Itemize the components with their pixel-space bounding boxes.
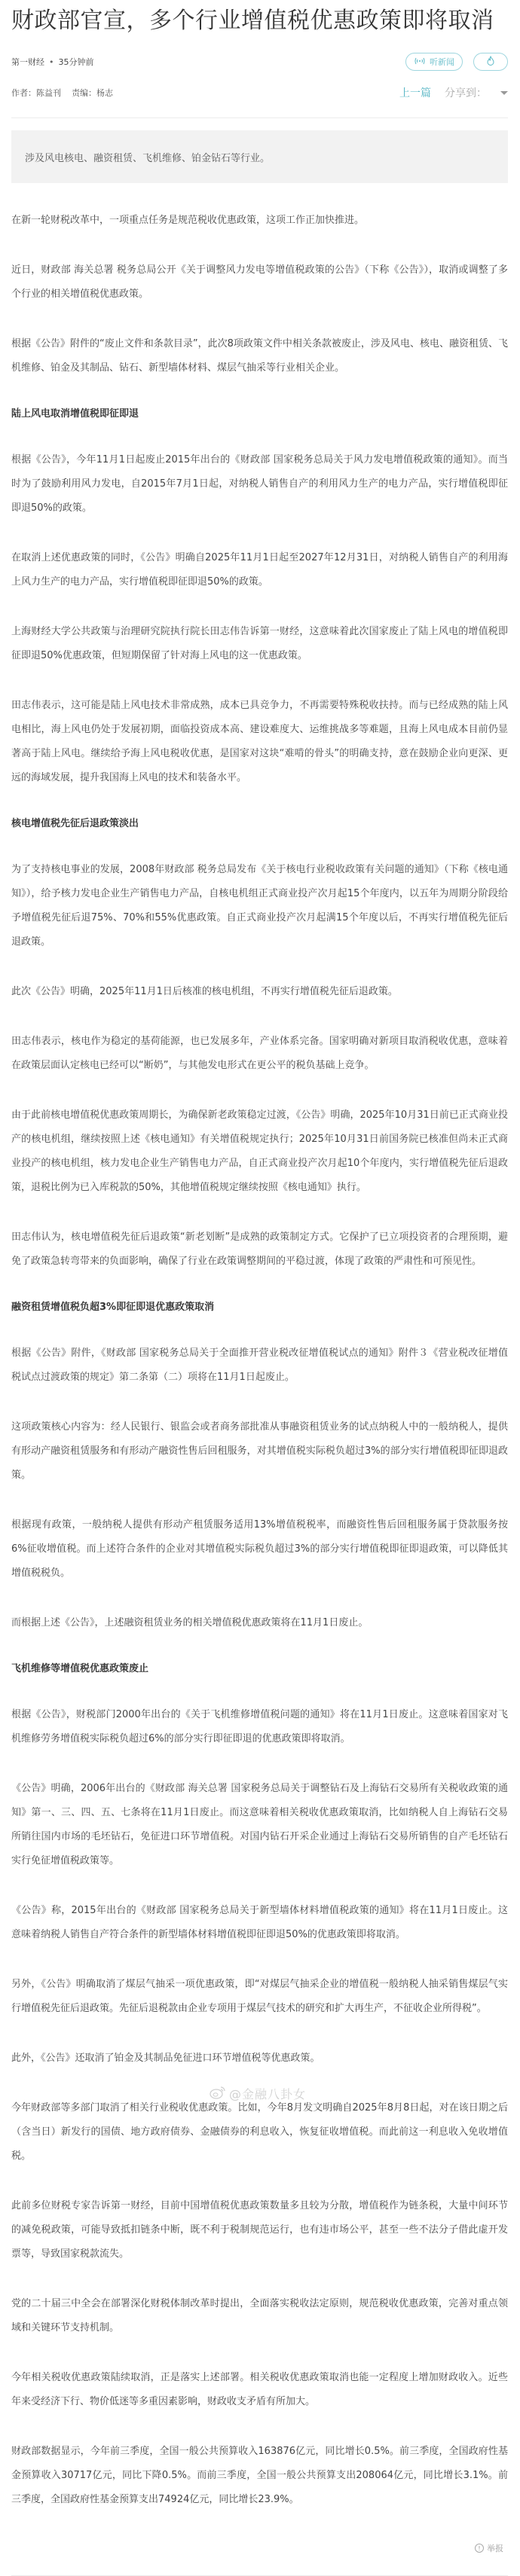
paragraph: 根据《公告》，今年11月1日起废止2015年出台的《财政部 国家税务总局关于风力…: [11, 448, 508, 520]
report-button[interactable]: ! 举报: [11, 2542, 508, 2554]
paragraph: 今年财政部等多部门取消了相关行业税收优惠政策。比如，今年8月发文明确自2025年…: [11, 2096, 508, 2169]
article-body: 在新一轮财税改革中，一项重点任务是规范税收优惠政策，这项工作正加快推进。 近日，…: [11, 209, 508, 2512]
paragraph: 在新一轮财税改革中，一项重点任务是规范税收优惠政策，这项工作正加快推进。: [11, 209, 508, 233]
weibo-watermark: @金融八卦女: [210, 2085, 306, 2102]
paragraph: 根据《公告》附件的“废止文件和条款目录”，此次8项政策文件中相关条款被废止，涉及…: [11, 332, 508, 380]
paragraph: 这项政策核心内容为：经人民银行、银监会或者商务部批准从事融资租赁业务的试点纳税人…: [11, 1415, 508, 1488]
paragraph: 田志伟表示，这可能是陆上风电技术非常成熟，成本已具竞争力，不再需要特殊税收扶持。…: [11, 694, 508, 790]
paragraph: 财政部数据显示，今年前三季度，全国一般公共预算收入163876亿元，同比增长0.…: [11, 2440, 508, 2512]
paragraph: 此前多位财税专家告诉第一财经，目前中国增值税优惠政策数量多且较为分散，增值税作为…: [11, 2194, 508, 2266]
previous-article-link[interactable]: 上一篇: [399, 85, 431, 100]
publish-time: 35分钟前: [59, 56, 94, 68]
source-info: 第一财经 • 35分钟前: [11, 56, 94, 68]
report-label: 举报: [487, 2542, 503, 2554]
info-icon: !: [475, 2544, 484, 2553]
paragraph: 《公告》明确，2006年出台的《财政部 海关总署 国家税务总局关于调整钻石及上海…: [11, 1777, 508, 1873]
share-label: 分享到：: [445, 85, 487, 100]
paragraph: 此次《公告》明确，2025年11月1日后核准的核电机组，不再实行增值税先征后退政…: [11, 980, 508, 1004]
article-page: 财政部官宣，多个行业增值税优惠政策即将取消 第一财经 • 35分钟前 听新闻: [0, 6, 520, 2576]
section-heading: 核电增值税先征后退政策淡出: [11, 816, 508, 832]
audio-wave-icon: [414, 57, 426, 67]
paragraph: 根据《公告》，财税部门2000年出台的《关于飞机维修增值税问题的通知》将在11月…: [11, 1703, 508, 1751]
author-row: 作者：陈益刊 责编：杨志 上一篇 分享到：: [11, 84, 508, 101]
summary-text: 涉及风电核电、融资租赁、飞机维修、铂金钻石等行业。: [25, 150, 270, 164]
listen-news-label: 听新闻: [430, 56, 454, 68]
share-dropdown[interactable]: 分享到：: [445, 85, 508, 100]
listen-news-button[interactable]: 听新闻: [405, 53, 463, 71]
article-summary: 涉及风电核电、融资租赁、飞机维修、铂金钻石等行业。: [11, 130, 508, 183]
editor: 责编：杨志: [72, 87, 113, 99]
hot-button[interactable]: [473, 53, 508, 71]
paragraph: 而根据上述《公告》，上述融资租赁业务的相关增值税优惠政策将在11月1日废止。: [11, 1611, 508, 1635]
section-heading: 飞机维修等增值税优惠政策废止: [11, 1661, 508, 1677]
weibo-icon: [210, 2086, 226, 2102]
source-name[interactable]: 第一财经: [11, 56, 44, 68]
paragraph: 此外，《公告》还取消了铂金及其制品免征进口环节增值税等优惠政策。: [11, 2046, 508, 2071]
paragraph: 由于此前核电增值税优惠政策周期长，为确保新老政策稳定过渡，《公告》明确，2025…: [11, 1103, 508, 1200]
paragraph: 在取消上述优惠政策的同时，《公告》明确自2025年11月1日起至2027年12月…: [11, 546, 508, 594]
byline: 作者：陈益刊 责编：杨志: [11, 87, 113, 99]
paragraph: 上海财经大学公共政策与治理研究院执行院长田志伟告诉第一财经，这意味着此次国家废止…: [11, 620, 508, 668]
paragraph: 党的二十届三中全会在部署深化财税体制改革时提出，全面落实税收法定原则，规范税收优…: [11, 2292, 508, 2340]
paragraph: 《公告》称，2015年出台的《财政部 国家税务总局关于新型墙体材料增值税政策的通…: [11, 1899, 508, 1947]
paragraph: 今年相关税收优惠政策陆续取消，正是落实上述部署。相关税收优惠政策取消也能一定程度…: [11, 2366, 508, 2414]
chevron-down-icon: [500, 91, 508, 95]
header-divider: [11, 118, 508, 118]
meta-actions: 听新闻: [405, 53, 508, 71]
article-title: 财政部官宣，多个行业增值税优惠政策即将取消: [11, 6, 508, 36]
paragraph: 田志伟表示，核电作为稳定的基荷能源，也已发展多年，产业体系完备。国家明确对新项目…: [11, 1030, 508, 1078]
separator-dot: •: [49, 57, 54, 67]
flame-icon: [487, 56, 494, 68]
section-heading: 融资租赁增值税负超3%即征即退优惠政策取消: [11, 1299, 508, 1316]
section-heading: 陆上风电取消增值税即征即退: [11, 406, 508, 423]
meta-row: 第一财经 • 35分钟前 听新闻: [11, 51, 508, 72]
paragraph: 为了支持核电事业的发展，2008年财政部 税务总局发布《关于核电行业税收政策有关…: [11, 858, 508, 954]
paragraph: 田志伟认为，核电增值税先征后退政策“新老划断”是成熟的政策制定方式。它保护了已立…: [11, 1225, 508, 1274]
author: 作者：陈益刊: [11, 87, 61, 99]
watermark-text: @金融八卦女: [229, 2085, 306, 2102]
nav-share: 上一篇 分享到：: [399, 85, 508, 100]
paragraph: 近日，财政部 海关总署 税务总局公开《关于调整风力发电等增值税政策的公告》（下称…: [11, 258, 508, 307]
paragraph: 根据《公告》附件，《财政部 国家税务总局关于全面推开营业税改征增值税试点的通知》…: [11, 1341, 508, 1390]
paragraph: 另外，《公告》明确取消了煤层气抽采一项优惠政策，即“对煤层气抽采企业的增值税一般…: [11, 1973, 508, 2021]
paragraph: 根据现有政策，一般纳税人提供有形动产租赁服务适用13%增值税税率，而融资性售后回…: [11, 1513, 508, 1586]
